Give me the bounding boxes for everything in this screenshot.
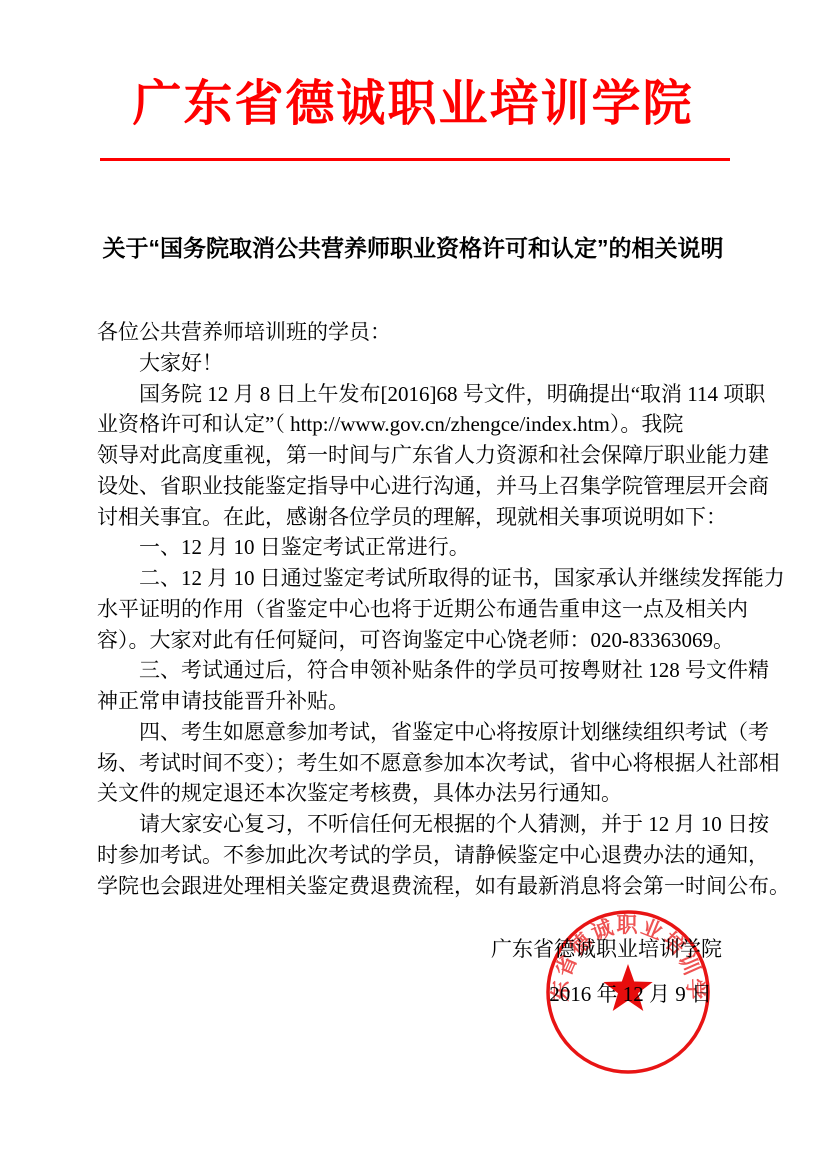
signature-date: 2016 年 12 月 9 日	[549, 981, 712, 1007]
body-text-line: 讨相关事宜。在此，感谢各位学员的理解，现就相关事项说明如下：	[97, 502, 737, 533]
body-text-line: 关文件的规定退还本次鉴定考核费，具体办法另行通知。	[97, 778, 737, 809]
letterhead-org-name: 广东省德诚职业培训学院	[0, 72, 826, 136]
body-text-line: 四、考生如愿意参加考试，省鉴定中心将按原计划继续组织考试（考	[97, 717, 737, 748]
letterhead-divider	[100, 158, 730, 161]
body-text-line: 神正常申请技能晋升补贴。	[97, 686, 737, 717]
body-text-line: 业资格许可和认定”（ http://www.gov.cn/zhengce/ind…	[97, 409, 737, 440]
body-text-line: 国务院 12 月 8 日上午发布[2016]68 号文件，明确提出“取消 114…	[97, 379, 737, 410]
document-page: 广东省德诚职业培训学院 关于“国务院取消公共营养师职业资格许可和认定”的相关说明…	[0, 0, 826, 1169]
body-text-line: 时参加考试。不参加此次考试的学员，请静候鉴定中心退费办法的通知，	[97, 840, 737, 871]
body-text-line: 二、12 月 10 日通过鉴定考试所取得的证书，国家承认并继续发挥能力	[97, 563, 737, 594]
body-text-line: 一、12 月 10 日鉴定考试正常进行。	[97, 532, 737, 563]
body-text-line: 请大家安心复习，不听信任何无根据的个人猜测，并于 12 月 10 日按	[97, 809, 737, 840]
document-body: 各位公共营养师培训班的学员：大家好！国务院 12 月 8 日上午发布[2016]…	[97, 317, 737, 901]
signature-org: 广东省德诚职业培训学院	[491, 936, 722, 962]
body-text-line: 三、考试通过后，符合申领补贴条件的学员可按粤财社 128 号文件精	[97, 655, 737, 686]
body-text-line: 水平证明的作用（省鉴定中心也将于近期公布通告重申这一点及相关内	[97, 594, 737, 625]
body-text-line: 大家好！	[97, 348, 737, 379]
body-text-line: 领导对此高度重视，第一时间与广东省人力资源和社会保障厅职业能力建	[97, 440, 737, 471]
body-text-line: 场、考试时间不变）；考生如不愿意参加本次考试，省中心将根据人社部相	[97, 748, 737, 779]
document-title: 关于“国务院取消公共营养师职业资格许可和认定”的相关说明	[48, 233, 778, 263]
body-text-line: 设处、省职业技能鉴定指导中心进行沟通，并马上召集学院管理层开会商	[97, 471, 737, 502]
body-text-line: 容）。大家对此有任何疑问，可咨询鉴定中心饶老师：020-83363069。	[97, 625, 737, 656]
body-text-line: 各位公共营养师培训班的学员：	[97, 317, 737, 348]
